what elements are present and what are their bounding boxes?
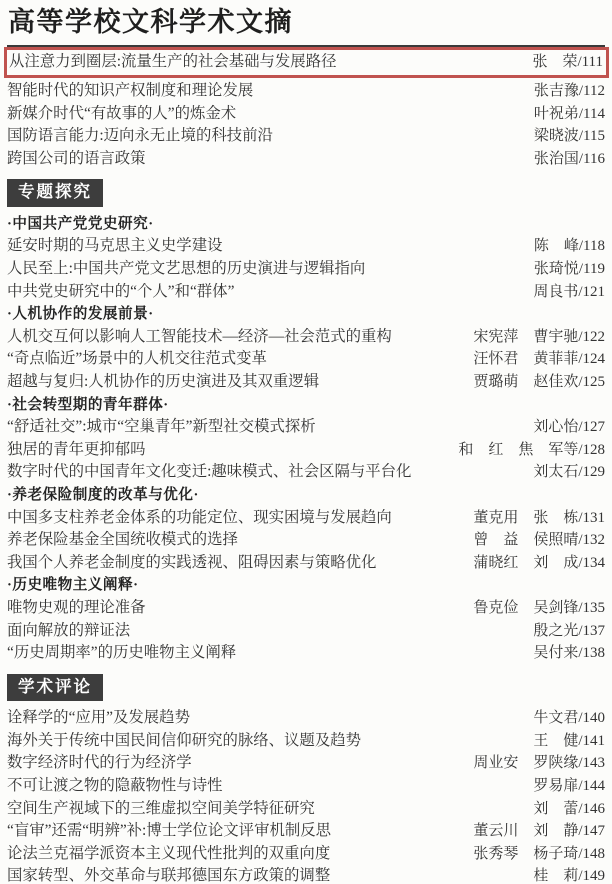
subsection-heading: ·历史唯物主义阐释· <box>7 574 605 597</box>
entry-authors-page: 宋宪萍 曹宇驰/122 <box>465 326 605 349</box>
toc-entry[interactable]: “舒适社交”:城市“空巢青年”新型社交模式探析刘心怡/127 <box>7 416 605 439</box>
subsection-heading: ·养老保险制度的改革与优化· <box>7 484 605 507</box>
toc-entry[interactable]: “盲审”还需“明辨”补:博士学位论文评审机制反思董云川 刘 静/147 <box>7 820 605 843</box>
entry-authors-page: 罗易扉/144 <box>525 775 605 798</box>
entry-authors-page: 刘太石/129 <box>525 461 605 484</box>
entry-title: 新媒介时代“有故事的人”的炼金术 <box>7 103 526 126</box>
toc-entry[interactable]: 数字时代的中国青年文化变迁:趣味模式、社会区隔与平台化刘太石/129 <box>7 461 605 484</box>
entry-title: 独居的青年更抑郁吗 <box>7 439 450 462</box>
toc-entry[interactable]: 延安时期的马克思主义史学建设陈 峰/118 <box>7 235 605 258</box>
section-badge: 学术评论 <box>7 674 103 702</box>
section-badge: 专题探究 <box>7 179 103 207</box>
entry-authors-page: 汪怀君 黄菲菲/124 <box>465 348 605 371</box>
toc-entry-highlighted[interactable]: 从注意力到圈层:流量生产的社会基础与发展路径张 荣/111 <box>4 47 609 78</box>
entry-title: 人民至上:中国共产党文艺思想的历史演进与逻辑指向 <box>7 258 526 281</box>
section-badge-row: 学术评论 <box>7 665 605 708</box>
entry-title: 不可让渡之物的隐蔽物性与诗性 <box>7 775 525 798</box>
toc-entry[interactable]: 国防语言能力:迈向永无止境的科技前沿梁晓波/115 <box>7 125 605 148</box>
entry-title: “奇点临近”场景中的人机交往范式变革 <box>7 348 465 371</box>
toc-entry[interactable]: 独居的青年更抑郁吗和 红 焦 军等/128 <box>7 439 605 462</box>
entry-title: “盲审”还需“明辨”补:博士学位论文评审机制反思 <box>7 820 465 843</box>
toc-entry[interactable]: “奇点临近”场景中的人机交往范式变革汪怀君 黄菲菲/124 <box>7 348 605 371</box>
entry-authors-page: 董云川 刘 静/147 <box>465 820 605 843</box>
entry-authors-page: 张秀琴 杨子琦/148 <box>465 843 605 866</box>
entry-title: 国家转型、外交革命与联邦德国东方政策的调整 <box>7 865 525 884</box>
entry-authors-page: 张治国/116 <box>526 148 605 171</box>
entry-authors-page: 吴付来/138 <box>525 642 605 665</box>
entry-authors-page: 鲁克俭 吴剑锋/135 <box>465 597 605 620</box>
toc-entry[interactable]: 超越与复归:人机协作的历史演进及其双重逻辑贾璐萌 赵佳欢/125 <box>7 371 605 394</box>
entry-title: 人机交互何以影响人工智能技术—经济—社会范式的重构 <box>7 326 465 349</box>
toc-entry[interactable]: 养老保险基金全国统收模式的选择曾 益 侯照晴/132 <box>7 529 605 552</box>
entry-authors-page: 殷之光/137 <box>525 620 605 643</box>
entry-authors-page: 周良书/121 <box>525 281 605 304</box>
toc-entry[interactable]: 海外关于传统中国民间信仰研究的脉络、议题及趋势王 健/141 <box>7 730 605 753</box>
entry-title: 海外关于传统中国民间信仰研究的脉络、议题及趋势 <box>7 730 525 753</box>
entry-title: 诠释学的“应用”及发展趋势 <box>7 707 525 730</box>
entry-title: “历史周期率”的历史唯物主义阐释 <box>7 642 525 665</box>
entry-title: 延安时期的马克思主义史学建设 <box>7 235 526 258</box>
toc-entry[interactable]: 数字经济时代的行为经济学周业安 罗陕缘/143 <box>7 752 605 775</box>
entry-title: 论法兰克福学派资本主义现代性批判的双重向度 <box>7 843 465 866</box>
entry-authors-page: 刘 蕾/146 <box>525 798 605 821</box>
toc-entry[interactable]: “历史周期率”的历史唯物主义阐释吴付来/138 <box>7 642 605 665</box>
subsection-heading: ·中国共产党党史研究· <box>7 213 605 236</box>
entry-authors-page: 刘心怡/127 <box>525 416 605 439</box>
toc-entry[interactable]: 空间生产视域下的三维虚拟空间美学特征研究刘 蕾/146 <box>7 798 605 821</box>
toc-entry[interactable]: 中共党史研究中的“个人”和“群体”周良书/121 <box>7 281 605 304</box>
toc-entry[interactable]: 人机交互何以影响人工智能技术—经济—社会范式的重构宋宪萍 曹宇驰/122 <box>7 326 605 349</box>
entry-title: 超越与复归:人机协作的历史演进及其双重逻辑 <box>7 371 465 394</box>
entry-title: 空间生产视域下的三维虚拟空间美学特征研究 <box>7 798 525 821</box>
toc-entry[interactable]: 我国个人养老金制度的实践透视、阻碍因素与策略优化蒲晓红 刘 成/134 <box>7 552 605 575</box>
toc-list: 从注意力到圈层:流量生产的社会基础与发展路径张 荣/111智能时代的知识产权制度… <box>7 47 605 884</box>
toc-entry[interactable]: 中国多支柱养老金体系的功能定位、现实困境与发展趋向董克用 张 栋/131 <box>7 507 605 530</box>
entry-authors-page: 叶祝弟/114 <box>526 103 605 126</box>
entry-title: “舒适社交”:城市“空巢青年”新型社交模式探析 <box>7 416 525 439</box>
entry-authors-page: 桂 莉/149 <box>525 865 605 884</box>
entry-authors-page: 蒲晓红 刘 成/134 <box>465 552 605 575</box>
entry-title: 跨国公司的语言政策 <box>7 148 526 171</box>
toc-entry[interactable]: 跨国公司的语言政策张治国/116 <box>7 148 605 171</box>
entry-title: 从注意力到圈层:流量生产的社会基础与发展路径 <box>9 51 524 74</box>
toc-entry[interactable]: 诠释学的“应用”及发展趋势牛文君/140 <box>7 707 605 730</box>
entry-authors-page: 陈 峰/118 <box>526 235 605 258</box>
toc-entry[interactable]: 新媒介时代“有故事的人”的炼金术叶祝弟/114 <box>7 103 605 126</box>
entry-authors-page: 张 荣/111 <box>524 51 603 74</box>
section-badge-row: 专题探究 <box>7 170 605 213</box>
entry-authors-page: 梁晓波/115 <box>526 125 605 148</box>
entry-title: 面向解放的辩证法 <box>7 620 525 643</box>
toc-entry[interactable]: 面向解放的辩证法殷之光/137 <box>7 620 605 643</box>
entry-authors-page: 牛文君/140 <box>525 707 605 730</box>
entry-authors-page: 张琦悦/119 <box>526 258 605 281</box>
entry-authors-page: 曾 益 侯照晴/132 <box>465 529 605 552</box>
journal-toc-page: 高等学校文科学术文摘 从注意力到圈层:流量生产的社会基础与发展路径张 荣/111… <box>0 0 612 884</box>
entry-title: 数字经济时代的行为经济学 <box>7 752 465 775</box>
entry-title: 智能时代的知识产权制度和理论发展 <box>7 80 526 103</box>
entry-authors-page: 董克用 张 栋/131 <box>465 507 605 530</box>
toc-entry[interactable]: 不可让渡之物的隐蔽物性与诗性罗易扉/144 <box>7 775 605 798</box>
subsection-heading: ·社会转型期的青年群体· <box>7 394 605 417</box>
entry-title: 我国个人养老金制度的实践透视、阻碍因素与策略优化 <box>7 552 465 575</box>
toc-entry[interactable]: 智能时代的知识产权制度和理论发展张吉豫/112 <box>7 80 605 103</box>
page-title: 高等学校文科学术文摘 <box>8 6 605 38</box>
entry-title: 中国多支柱养老金体系的功能定位、现实困境与发展趋向 <box>7 507 465 530</box>
entry-authors-page: 周业安 罗陕缘/143 <box>465 752 605 775</box>
entry-authors-page: 和 红 焦 军等/128 <box>450 439 605 462</box>
entry-authors-page: 张吉豫/112 <box>526 80 605 103</box>
toc-entry[interactable]: 论法兰克福学派资本主义现代性批判的双重向度张秀琴 杨子琦/148 <box>7 843 605 866</box>
entry-authors-page: 王 健/141 <box>525 730 605 753</box>
entry-title: 唯物史观的理论准备 <box>7 597 465 620</box>
toc-entry[interactable]: 人民至上:中国共产党文艺思想的历史演进与逻辑指向张琦悦/119 <box>7 258 605 281</box>
entry-title: 中共党史研究中的“个人”和“群体” <box>7 281 525 304</box>
toc-entry[interactable]: 国家转型、外交革命与联邦德国东方政策的调整桂 莉/149 <box>7 865 605 884</box>
entry-title: 养老保险基金全国统收模式的选择 <box>7 529 465 552</box>
entry-title: 数字时代的中国青年文化变迁:趣味模式、社会区隔与平台化 <box>7 461 525 484</box>
subsection-heading: ·人机协作的发展前景· <box>7 303 605 326</box>
toc-entry[interactable]: 唯物史观的理论准备鲁克俭 吴剑锋/135 <box>7 597 605 620</box>
entry-authors-page: 贾璐萌 赵佳欢/125 <box>465 371 605 394</box>
entry-title: 国防语言能力:迈向永无止境的科技前沿 <box>7 125 526 148</box>
